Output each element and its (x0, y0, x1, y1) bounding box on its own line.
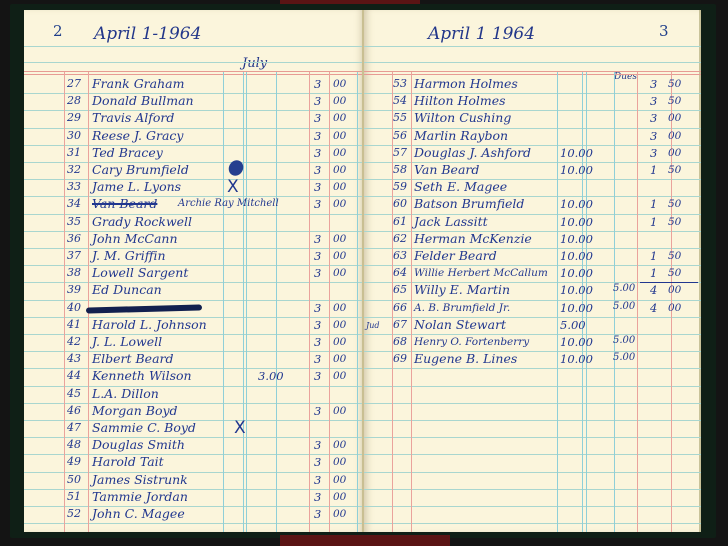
payment-amount: 10.00 (560, 266, 593, 280)
amount-cents: 00 (333, 353, 346, 365)
entry-number: 28 (67, 94, 81, 107)
entry-number: 45 (67, 387, 81, 400)
ledger-row: 29Travis Alford300 (24, 110, 364, 126)
page-date: April 1-1964 (94, 24, 201, 44)
amount-dollars: 3 (314, 249, 321, 263)
dues-dollars: 1 (650, 266, 657, 280)
member-name: Harold Tait (92, 454, 164, 469)
payment-amount: 10.00 (560, 249, 593, 263)
member-name: John C. Magee (92, 506, 185, 521)
header-rule (364, 71, 701, 72)
total-underline (640, 282, 698, 283)
entry-number: 40 (67, 301, 81, 314)
member-name: Reese J. Gracy (92, 128, 183, 143)
entry-number: 34 (67, 197, 81, 210)
ledger-row: 30Reese J. Gracy300 (24, 128, 364, 144)
entry-number: 57 (393, 146, 407, 159)
ledger-row: 28Donald Bullman300 (24, 93, 364, 109)
amount-dollars: 3 (314, 507, 321, 521)
rule-line (364, 489, 701, 490)
dues-dollars: 4 (650, 283, 657, 297)
member-name: J. L. Lowell (92, 334, 162, 349)
member-name: Sammie C. Boyd (92, 420, 196, 435)
member-name: Douglas J. Ashford (414, 145, 531, 160)
dues-dollars: 1 (650, 163, 657, 177)
member-name: Van Beard (414, 162, 479, 177)
amount-cents: 00 (333, 233, 346, 245)
member-name: Wilton Cushing (414, 110, 511, 125)
ledger-row: 44Kenneth Wilson3.00300 (24, 368, 364, 384)
member-name: Tammie Jordan (92, 489, 188, 504)
amount-cents: 00 (333, 267, 346, 279)
dues-cents: 00 (668, 112, 681, 124)
member-name: Eugene B. Lines (414, 351, 517, 366)
member-name: Hilton Holmes (414, 93, 506, 108)
entry-number: 37 (67, 249, 81, 262)
member-name: Felder Beard (414, 248, 497, 263)
payment-amount: 10.00 (560, 232, 593, 246)
dues-cents: 50 (668, 216, 681, 228)
amount-dollars: 3 (314, 301, 321, 315)
member-name: Batson Brumfield (414, 196, 524, 211)
member-name: John McCann (92, 231, 178, 246)
rule-line (364, 420, 701, 421)
dues-cents: 00 (668, 302, 681, 314)
member-name: J. M. Griffin (92, 248, 166, 263)
entry-number: 55 (393, 111, 407, 124)
member-name: Jame L. Lyons (92, 179, 181, 194)
entry-number: 36 (67, 232, 81, 245)
ledger-row: 37J. M. Griffin300 (24, 248, 364, 264)
member-name: Henry O. Fortenberry (414, 336, 529, 348)
page-date: April 1 1964 (428, 24, 535, 44)
entry-number: 63 (393, 249, 407, 262)
entry-number: 47 (67, 421, 81, 434)
member-name: Nolan Stewart (414, 317, 506, 332)
member-name: Harold L. Johnson (92, 317, 207, 332)
header-rule (24, 71, 364, 72)
ledger-row: 65Willy E. Martin10.005.00400 (364, 282, 701, 298)
member-name: Herman McKenzie (414, 231, 532, 246)
entry-number: 27 (67, 77, 81, 90)
amount-cents: 00 (333, 370, 346, 382)
dues-cents: 50 (668, 78, 681, 90)
rule-line (364, 523, 701, 524)
ledger-row: 67Nolan Stewart5.00 (364, 317, 701, 333)
member-name: L.A. Dillon (92, 386, 159, 401)
member-name: Grady Rockwell (92, 214, 192, 229)
rule-line (364, 472, 701, 473)
entry-number: 60 (393, 197, 407, 210)
ledger-row: 61Jack Lassitt10.00150 (364, 214, 701, 230)
amount-dollars: 3 (314, 455, 321, 469)
entry-number: 66 (393, 301, 407, 314)
member-name: Kenneth Wilson (92, 368, 192, 383)
amount-cents: 00 (333, 336, 346, 348)
amount-dollars: 3 (314, 129, 321, 143)
second-payment-amount: 5.00 (613, 301, 635, 312)
ledger-row: 57Douglas J. Ashford10.00300 (364, 145, 701, 161)
ledger-row: 55Wilton Cushing300 (364, 110, 701, 126)
amount-dollars: 3 (314, 232, 321, 246)
amount-cents: 00 (333, 198, 346, 210)
second-payment-amount: 5.00 (613, 352, 635, 363)
ledger-row: 69Eugene B. Lines10.005.00 (364, 351, 701, 367)
page-number: 3 (659, 22, 669, 40)
dues-dollars: 1 (650, 249, 657, 263)
dues-cents: 50 (668, 95, 681, 107)
ledger-row: 42J. L. Lowell300 (24, 334, 364, 350)
entry-number: 41 (67, 318, 81, 331)
ledger-row: 35Grady Rockwell (24, 214, 364, 230)
amount-dollars: 3 (314, 146, 321, 160)
entry-number: 58 (393, 163, 407, 176)
entry-number: 65 (393, 283, 407, 296)
entry-number: 56 (393, 129, 407, 142)
amount-cents: 00 (333, 456, 346, 468)
ledger-page-left: 2 April 1-1964 July 27Frank Graham30028D… (24, 10, 364, 532)
ledger-row: 66A. B. Brumfield Jr.10.005.00400 (364, 300, 701, 316)
entry-number: 32 (67, 163, 81, 176)
payment-amount: 10.00 (560, 197, 593, 211)
entry-number: 64 (393, 266, 407, 279)
rule-line (24, 523, 364, 524)
ledger-row: 47Sammie C. BoydX (24, 420, 364, 436)
rule-line (364, 46, 701, 47)
amount-dollars: 3 (314, 404, 321, 418)
entry-number: 46 (67, 404, 81, 417)
payment-amount: 10.00 (560, 301, 593, 315)
amount-dollars: 3 (314, 77, 321, 91)
dues-dollars: 1 (650, 197, 657, 211)
ledger-row: 34Van BeardArchie Ray Mitchell300 (24, 196, 364, 212)
dues-cents: 50 (668, 250, 681, 262)
amount-dollars: 3 (314, 438, 321, 452)
entry-number: 68 (393, 335, 407, 348)
ledger-row: 48Douglas Smith300 (24, 437, 364, 453)
amount-cents: 00 (333, 319, 346, 331)
rule-line (364, 506, 701, 507)
entry-number: 48 (67, 438, 81, 451)
member-name: Morgan Boyd (92, 403, 178, 418)
member-name: Frank Graham (92, 76, 184, 91)
ledger-row: 38Lowell Sargent300 (24, 265, 364, 281)
entry-number: 69 (393, 352, 407, 365)
rule-line (364, 454, 701, 455)
ledger-row: 52John C. Magee300 (24, 506, 364, 522)
amount-cents: 00 (333, 491, 346, 503)
amount-dollars: 3 (314, 163, 321, 177)
entry-number: 52 (67, 507, 81, 520)
member-name: Douglas Smith (92, 437, 185, 452)
ledger-row: 36John McCann300 (24, 231, 364, 247)
amount-cents: 00 (333, 147, 346, 159)
entry-number: 29 (67, 111, 81, 124)
entry-number: 42 (67, 335, 81, 348)
entry-number: 39 (67, 283, 81, 296)
ledger-row: 64Willie Herbert McCallum10.00150 (364, 265, 701, 281)
entry-number: 33 (67, 180, 81, 193)
amount-dollars: 3 (314, 490, 321, 504)
ledger-row: 51Tammie Jordan300 (24, 489, 364, 505)
member-name: Lowell Sargent (92, 265, 188, 280)
entry-number: 53 (393, 77, 407, 90)
amount-dollars: 3 (314, 266, 321, 280)
entry-number: 62 (393, 232, 407, 245)
amount-cents: 00 (333, 250, 346, 262)
amount-dollars: 3 (314, 197, 321, 211)
ledger-row: 31Ted Bracey300 (24, 145, 364, 161)
amount-cents: 00 (333, 78, 346, 90)
payment-amount: 5.00 (560, 318, 586, 332)
dues-cents: 00 (668, 147, 681, 159)
entry-number: 35 (67, 215, 81, 228)
dues-dollars: 1 (650, 215, 657, 229)
replacement-name-note: Archie Ray Mitchell (178, 198, 279, 209)
amount-dollars: 3 (314, 335, 321, 349)
dues-cents: 50 (668, 267, 681, 279)
payment-amount: 10.00 (560, 215, 593, 229)
amount-cents: 00 (333, 95, 346, 107)
ledger-row: 53Harmon Holmes350 (364, 76, 701, 92)
rule-line (364, 386, 701, 387)
member-name: Cary Brumfield (92, 162, 189, 177)
amount-cents: 00 (333, 474, 346, 486)
amount-cents: 00 (333, 130, 346, 142)
ledger-row: 56Marlin Raybon300 (364, 128, 701, 144)
payment-amount: 10.00 (560, 283, 593, 297)
dues-cents: 00 (668, 284, 681, 296)
amount-cents: 00 (333, 439, 346, 451)
member-name: Travis Alford (92, 110, 174, 125)
july-amount: 3.00 (258, 369, 284, 383)
amount-dollars: 3 (314, 473, 321, 487)
member-name: Seth E. Magee (414, 179, 507, 194)
amount-cents: 00 (333, 508, 346, 520)
entry-number: 38 (67, 266, 81, 279)
amount-cents: 00 (333, 112, 346, 124)
rule-line (24, 62, 364, 63)
rule-line (364, 403, 701, 404)
rule-line (24, 46, 364, 47)
entry-number: 50 (67, 473, 81, 486)
rule-line (364, 368, 701, 369)
amount-dollars: 3 (314, 180, 321, 194)
ledger-row: 41Harold L. Johnson300 (24, 317, 364, 333)
dues-cents: 50 (668, 198, 681, 210)
dues-cents: 00 (668, 130, 681, 142)
dues-dollars: 3 (650, 94, 657, 108)
entry-number: 51 (67, 490, 81, 503)
amount-cents: 00 (333, 302, 346, 314)
amount-cents: 00 (333, 164, 346, 176)
page-number: 2 (53, 22, 63, 40)
member-name: Elbert Beard (92, 351, 174, 366)
payment-amount: 10.00 (560, 146, 593, 160)
ledger-row: 45L.A. Dillon (24, 386, 364, 402)
ledger-row: 58Van Beard10.00150 (364, 162, 701, 178)
entry-number: 31 (67, 146, 81, 159)
ledger-row: 33Jame L. LyonsX300 (24, 179, 364, 195)
member-name: A. B. Brumfield Jr. (414, 302, 510, 314)
ledger-row: 40300 (24, 300, 364, 316)
rule-line (364, 62, 701, 63)
ledger-row: 60Batson Brumfield10.00150 (364, 196, 701, 212)
ledger-row: 62Herman McKenzie10.00 (364, 231, 701, 247)
amount-cents: 00 (333, 181, 346, 193)
ledger-row: 39Ed Duncan (24, 282, 364, 298)
amount-dollars: 3 (314, 111, 321, 125)
ledger-row: 43Elbert Beard300 (24, 351, 364, 367)
amount-cents: 00 (333, 405, 346, 417)
ledger-page-right: 3 April 1 1964 Dues 53Harmon Holmes35054… (364, 10, 701, 532)
ledger-row: 50James Sistrunk300 (24, 472, 364, 488)
ledger-row: 54Hilton Holmes350 (364, 93, 701, 109)
member-name: Jack Lassitt (414, 214, 488, 229)
member-name: Ed Duncan (92, 282, 162, 297)
column-label-july: July (242, 56, 267, 71)
member-name: Van Beard (92, 196, 157, 211)
header-rule (24, 74, 364, 75)
ledger-row: 27Frank Graham300 (24, 76, 364, 92)
second-payment-amount: 5.00 (613, 283, 635, 294)
entry-number: 49 (67, 455, 81, 468)
member-name: Harmon Holmes (414, 76, 518, 91)
payment-amount: 10.00 (560, 352, 593, 366)
dues-dollars: 3 (650, 146, 657, 160)
margin-note: Jud (366, 321, 379, 330)
header-rule (364, 74, 701, 75)
ledger-row: 59Seth E. Magee (364, 179, 701, 195)
entry-number: 44 (67, 369, 81, 382)
second-payment-amount: 5.00 (613, 335, 635, 346)
amount-dollars: 3 (314, 352, 321, 366)
member-name: Willie Herbert McCallum (414, 267, 548, 279)
amount-dollars: 3 (314, 318, 321, 332)
scribbled-out-name (86, 304, 202, 313)
entry-number: 61 (393, 215, 407, 228)
cover-ribbon-bottom (280, 535, 450, 546)
entry-number: 54 (393, 94, 407, 107)
dues-dollars: 3 (650, 111, 657, 125)
entry-number: 43 (67, 352, 81, 365)
x-mark: X (234, 418, 246, 438)
member-name: Willy E. Martin (414, 282, 510, 297)
ledger-row: 63Felder Beard10.00150 (364, 248, 701, 264)
payment-amount: 10.00 (560, 163, 593, 177)
amount-dollars: 3 (314, 94, 321, 108)
member-name: James Sistrunk (92, 472, 188, 487)
ledger-row: 49Harold Tait300 (24, 454, 364, 470)
member-name: Ted Bracey (92, 145, 163, 160)
amount-dollars: 3 (314, 369, 321, 383)
ledger-row: 68Henry O. Fortenberry10.005.00 (364, 334, 701, 350)
member-name: Donald Bullman (92, 93, 194, 108)
dues-dollars: 4 (650, 301, 657, 315)
ledger-row: 46Morgan Boyd300 (24, 403, 364, 419)
entry-number: 59 (393, 180, 407, 193)
member-name: Marlin Raybon (414, 128, 508, 143)
dues-dollars: 3 (650, 77, 657, 91)
entry-number: 67 (393, 318, 407, 331)
x-mark: X (227, 177, 239, 197)
rule-line (364, 437, 701, 438)
ledger-row: 32Cary Brumfield300 (24, 162, 364, 178)
payment-amount: 10.00 (560, 335, 593, 349)
dues-cents: 50 (668, 164, 681, 176)
entry-number: 30 (67, 129, 81, 142)
dues-dollars: 3 (650, 129, 657, 143)
